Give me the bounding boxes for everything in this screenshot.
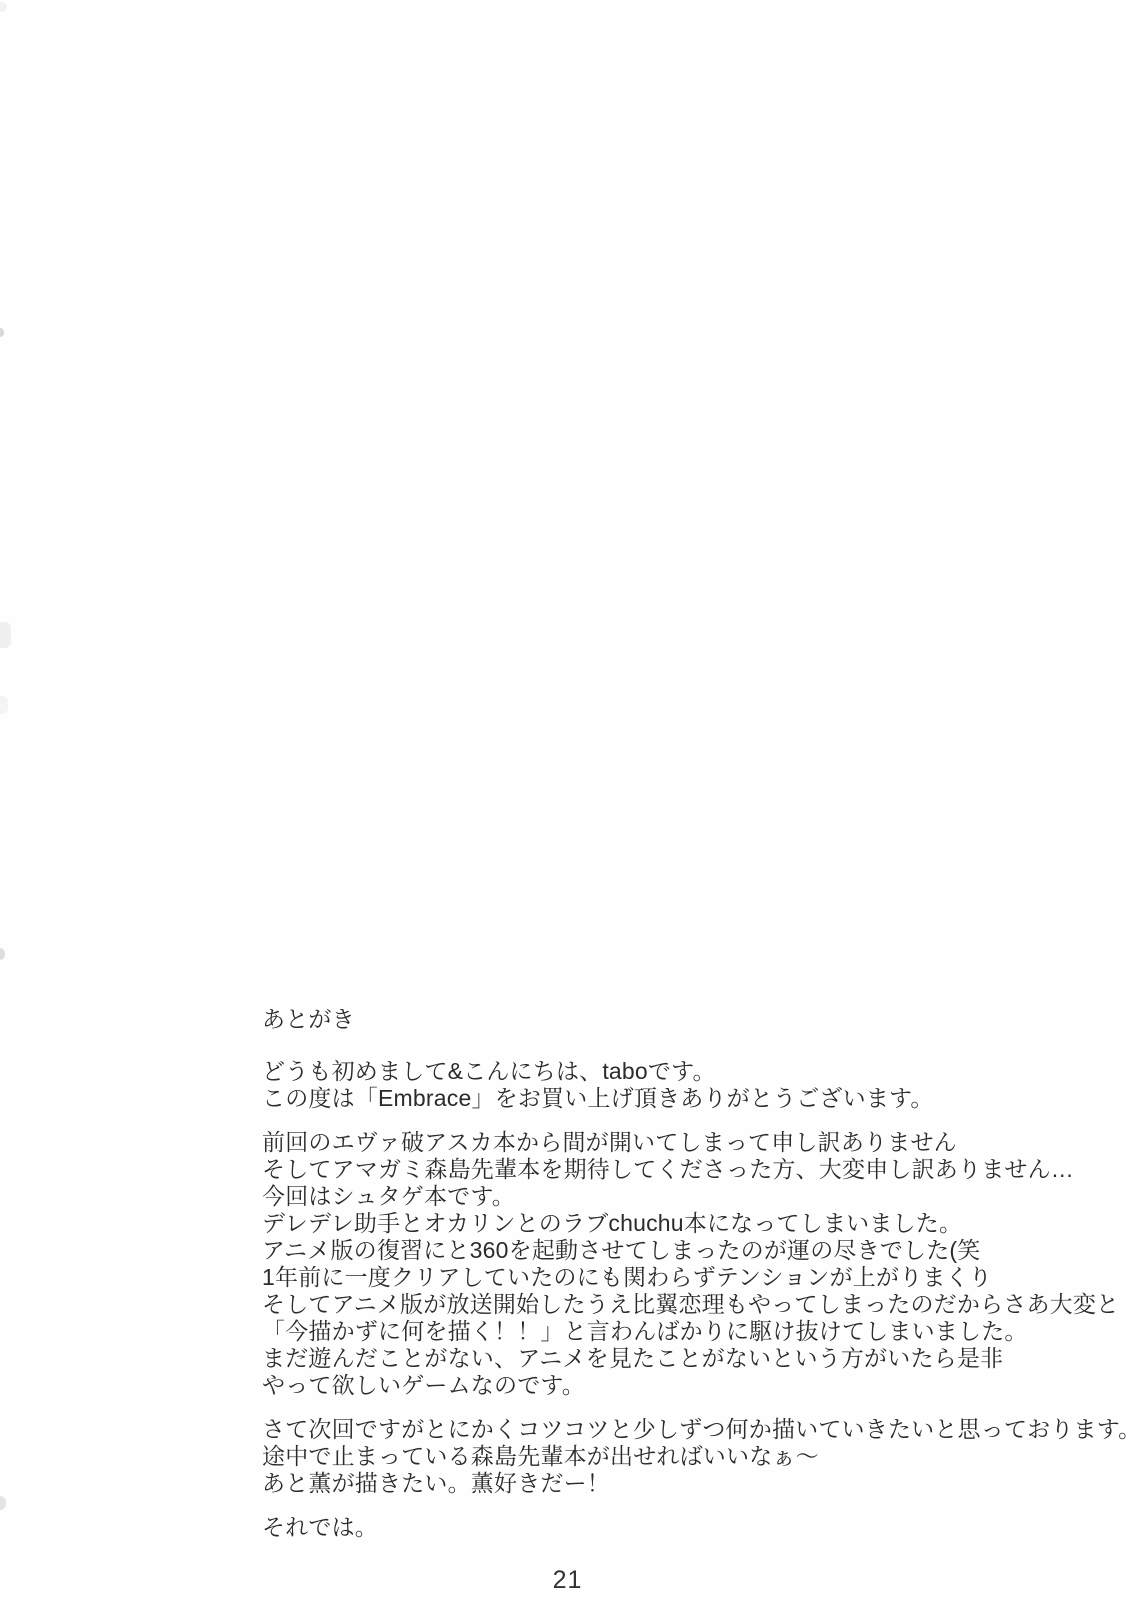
scanned-afterword-page: あとがき どうも初めまして&こんにちは、taboです。 この度は「Embrace… [0,0,1135,1600]
text-line: そしてアニメ版が放送開始したうえ比翼恋理もやってしまったのだからさあ大変と [262,1291,1122,1318]
text-line: この度は「Embrace」をお買い上げ頂きありがとうございます。 [262,1085,1122,1112]
text-line: さて次回ですがとにかくコツコツと少しずつ何か描いていきたいと思っております。 [262,1416,1122,1443]
scan-artifact [0,328,4,337]
text-line: デレデレ助手とオカリンとのラブchuchu本になってしまいました。 [262,1210,1122,1237]
text-line: やって欲しいゲームなのです。 [262,1372,1122,1399]
next-plans-paragraph: さて次回ですがとにかくコツコツと少しずつ何か描いていきたいと思っております。 途… [262,1416,1122,1497]
afterword-text-block: あとがき どうも初めまして&こんにちは、taboです。 この度は「Embrace… [262,1006,1122,1558]
text-line: 1年前に一度クリアしていたのにも関わらずテンションが上がりまくり [262,1264,1122,1291]
scan-artifact [0,1496,6,1510]
text-line: 「今描かずに何を描く！！」と言わんばかりに駆け抜けてしまいました。 [262,1318,1122,1345]
main-paragraph: 前回のエヴァ破アスカ本から間が開いてしまって申し訳ありません そしてアマガミ森島… [262,1129,1122,1399]
text-line: それでは。 [262,1514,1122,1541]
text-line: まだ遊んだことがない、アニメを見たことがないという方がいたら是非 [262,1345,1122,1372]
greeting-paragraph: どうも初めまして&こんにちは、taboです。 この度は「Embrace」をお買い… [262,1058,1122,1112]
scan-artifact [0,948,5,960]
closing-paragraph: それでは。 [262,1514,1122,1541]
scan-artifact [0,622,11,648]
text-line: 途中で止まっている森島先輩本が出せればいいなぁ〜 [262,1443,1122,1470]
text-line: あと薫が描きたい。薫好きだー！ [262,1470,1122,1497]
text-line: 前回のエヴァ破アスカ本から間が開いてしまって申し訳ありません [262,1129,1122,1156]
text-line: そしてアマガミ森島先輩本を期待してくださった方、大変申し訳ありません… [262,1156,1122,1183]
afterword-title: あとがき [262,1006,1122,1033]
text-line: どうも初めまして&こんにちは、taboです。 [262,1058,1122,1085]
scan-artifact [0,696,8,714]
scan-artifact [0,2,7,12]
text-line: アニメ版の復習にと360を起動させてしまったのが運の尽きでした(笑 [262,1237,1122,1264]
text-line: 今回はシュタゲ本です。 [262,1183,1122,1210]
page-number: 21 [0,1566,1135,1595]
